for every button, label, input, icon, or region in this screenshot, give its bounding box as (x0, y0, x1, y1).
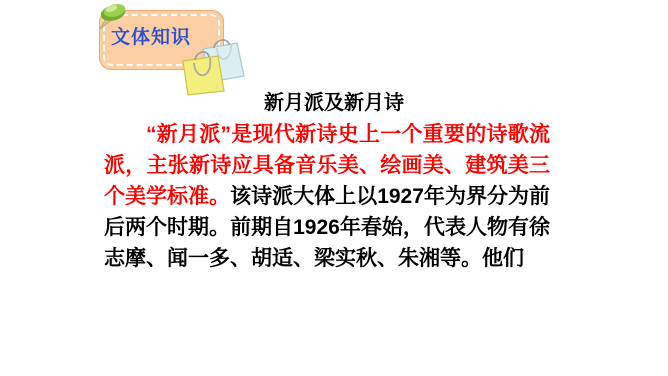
pushpin-icon (93, 0, 129, 32)
body-paragraph: “新月派”是现代新诗史上一个重要的诗歌流派，主张新诗应具备音乐美、绘画美、建筑美… (104, 119, 550, 274)
slide: 文体知识 新月派及新月诗 “新月派”是现代新诗史上一个重要的诗歌流派，主张新诗应… (0, 0, 668, 376)
topic-badge: 文体知识 (99, 10, 224, 70)
slide-title: 新月派及新月诗 (0, 86, 668, 115)
